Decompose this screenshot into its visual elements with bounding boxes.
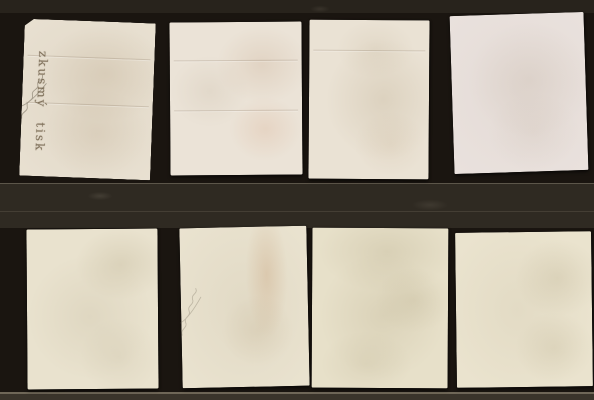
stamp-back-5: [26, 229, 158, 390]
stamp-back-3: [308, 20, 429, 180]
pencil-signature-icon: [15, 67, 56, 128]
stamp-back-1: zkusmý tisk: [19, 19, 156, 181]
stamp-back-2: [169, 22, 302, 176]
pencil-signature-icon: [175, 281, 208, 342]
stockbook-page-photo: zkusmý tisk: [0, 0, 594, 400]
stamp-back-4: [450, 12, 589, 174]
stamp-back-6: [179, 226, 309, 389]
stamp-back-7: [312, 228, 449, 389]
stamp-back-8: [455, 231, 593, 388]
paper-crease: [313, 50, 426, 52]
paper-crease: [174, 60, 298, 62]
paper-crease: [174, 110, 298, 112]
